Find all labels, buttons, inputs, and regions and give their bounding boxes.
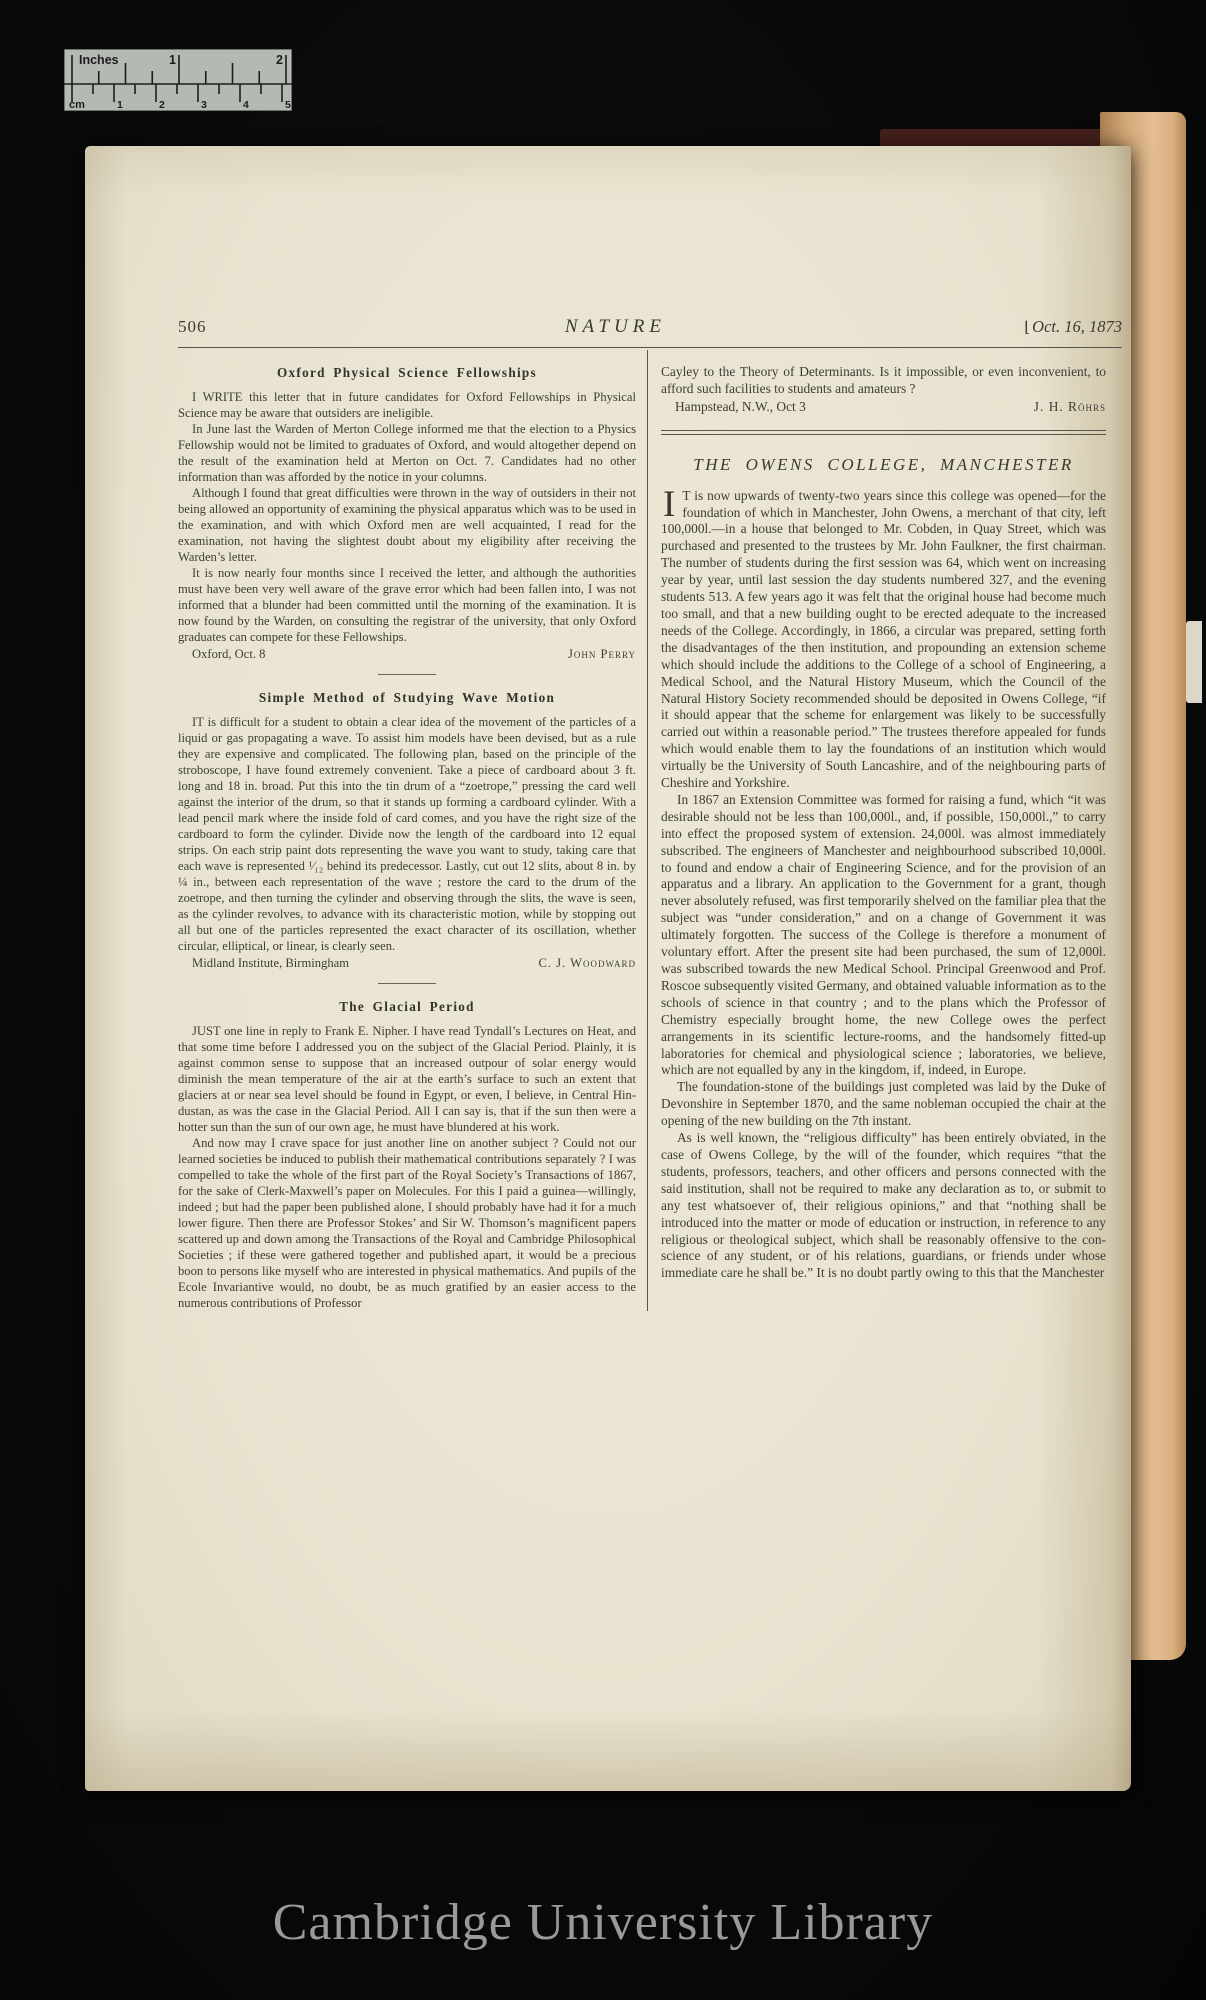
letter-signoff: Hampstead, N.W., Oct 3 J. H. Röhrs [661, 399, 1106, 416]
issue-date: ⌊Oct. 16, 1873 [1024, 317, 1122, 337]
letter-signoff: Midland Institute, Birmingham C. J. Wood… [178, 955, 636, 971]
paragraph: In June last the Warden of Merton Colleg… [178, 421, 636, 485]
running-head: 506 NATURE ⌊Oct. 16, 1873 [178, 146, 1122, 338]
ruler-inch-1: 1 [169, 53, 176, 67]
measurement-ruler: Inches 1 2 cm 1 2 3 4 5 [64, 49, 292, 111]
paragraph: IT is difficult for a student to obtain … [178, 714, 636, 954]
paragraph: It is now nearly four months since I rec… [178, 565, 636, 645]
ruler-cm-2: 2 [159, 99, 165, 111]
paragraph: As is well known, the “religious difficu… [661, 1130, 1106, 1282]
signoff-place: Hampstead, N.W., Oct 3 [661, 399, 806, 416]
signoff-name: C. J. Woodward [538, 955, 636, 971]
letter-signoff: Oxford, Oct. 8 John Perry [178, 646, 636, 662]
page-number: 506 [178, 317, 207, 337]
signoff-name: J. H. Röhrs [1034, 399, 1106, 416]
ruler-cm-5: 5 [285, 99, 291, 111]
scanned-page-photo: Inches 1 2 cm 1 2 3 4 5 506 NATURE ⌊Oct.… [0, 0, 1206, 2000]
letter-title: The Glacial Period [178, 999, 636, 1015]
paragraph: I WRITE this letter that in future candi… [178, 389, 636, 421]
header-rule [178, 347, 1122, 348]
section-divider [378, 983, 436, 984]
library-watermark: Cambridge University Library [0, 1893, 1206, 1952]
journal-page: 506 NATURE ⌊Oct. 16, 1873 Oxford Physica… [85, 146, 1131, 1791]
letter-continuation: Cayley to the Theory of Determinants. Is… [661, 364, 1106, 398]
ruler-cm-1: 1 [117, 99, 123, 111]
letter-title: Oxford Physical Science Fellowships [178, 365, 636, 381]
paragraph: The foundation-stone of the buildings ju… [661, 1079, 1106, 1130]
ruler-inches-label: Inches [79, 53, 119, 67]
two-column-body: Oxford Physical Science Fellowships I WR… [178, 350, 1122, 1311]
bracket-mark: ⌊ [1024, 320, 1030, 336]
signoff-place: Oxford, Oct. 8 [178, 646, 265, 662]
ruler-cm-3: 3 [201, 99, 207, 111]
section-divider [378, 674, 436, 675]
ruler-cm-label: cm [69, 99, 85, 111]
article-separator-rule [661, 430, 1106, 435]
paragraph: And now may I crave space for just anoth… [178, 1135, 636, 1311]
left-column: Oxford Physical Science Fellowships I WR… [178, 350, 648, 1311]
ruler-inch-2: 2 [276, 53, 283, 67]
ruler-cm-4: 4 [243, 99, 249, 111]
page-content: 506 NATURE ⌊Oct. 16, 1873 Oxford Physica… [85, 146, 1131, 1791]
right-column: Cayley to the Theory of Determinants. Is… [648, 350, 1122, 1311]
letter-title: Simple Method of Studying Wave Motion [178, 690, 636, 706]
article-opening-text: T is now upwards of twenty-two years sin… [661, 488, 1106, 790]
paragraph: JUST one line in reply to Frank E. Niphe… [178, 1023, 636, 1135]
paragraph: In 1867 an Extension Committee was forme… [661, 792, 1106, 1079]
signoff-place: Midland Institute, Birmingham [178, 955, 349, 971]
inserted-slip-edge [1186, 621, 1202, 703]
article-title: THE OWENS COLLEGE, MANCHESTER [661, 457, 1106, 474]
paragraph: Although I found that great difficulties… [178, 485, 636, 565]
journal-title: NATURE [207, 316, 1025, 338]
issue-date-text: Oct. 16, 1873 [1032, 317, 1122, 336]
drop-cap: I [661, 488, 682, 519]
article-opening-paragraph: IT is now upwards of twenty-two years si… [661, 488, 1106, 792]
signoff-name: John Perry [568, 646, 636, 662]
